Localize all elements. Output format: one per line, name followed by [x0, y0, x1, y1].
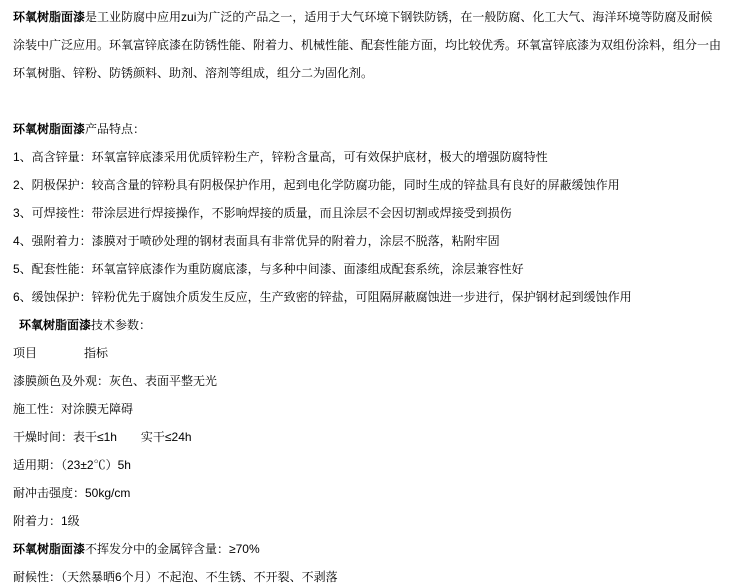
specs-header-value-column: 指标 — [84, 346, 108, 360]
spec-row-impact-strength: 耐冲击强度：50kg/cm — [13, 479, 722, 507]
spec-row-adhesion: 附着力：1级 — [13, 507, 722, 535]
product-name-bold: 环氧树脂面漆 — [13, 10, 85, 24]
zinc-content-text: 不挥发分中的金属锌含量：≥70% — [85, 542, 260, 556]
spacer-line — [13, 87, 722, 115]
spec-row-pot-life: 适用期：（23±2℃）5h — [13, 451, 722, 479]
feature-item-4: 4、强附着力：漆膜对于喷砂处理的钢材表面具有非常优异的附着力，涂层不脱落，粘附牢… — [13, 227, 722, 255]
product-name-bold: 环氧树脂面漆 — [13, 122, 85, 136]
intro-line-2: 涂装中广泛应用。环氧富锌底漆在防锈性能、附着力、机械性能、配套性能方面，均比较优… — [13, 31, 722, 59]
spec-row-color-appearance: 漆膜颜色及外观：灰色、表面平整无光 — [13, 367, 722, 395]
intro-line-1-text: 是工业防腐中应用zui为广泛的产品之一，适用于大气环境下钢铁防锈，在一般防腐、化… — [85, 10, 712, 24]
intro-line-3: 环氧树脂、锌粉、防锈颜料、助剂、溶剂等组成，组分二为固化剂。 — [13, 59, 722, 87]
spec-row-workability: 施工性：对涂膜无障碍 — [13, 395, 722, 423]
product-description-document: 环氧树脂面漆是工业防腐中应用zui为广泛的产品之一，适用于大气环境下钢铁防锈，在… — [0, 0, 735, 586]
feature-item-6: 6、缓蚀保护：锌粉优先于腐蚀介质发生反应，生产致密的锌盐，可阻隔屏蔽腐蚀进一步进… — [13, 283, 722, 311]
feature-item-3: 3、可焊接性：带涂层进行焊接操作，不影响焊接的质量，而且涂层不会因切割或焊接受到… — [13, 199, 722, 227]
product-name-bold: 环氧树脂面漆 — [13, 542, 85, 556]
feature-item-5: 5、配套性能：环氧富锌底漆作为重防腐底漆，与多种中间漆、面漆组成配套系统，涂层兼… — [13, 255, 722, 283]
specs-heading-text: 技术参数： — [91, 318, 151, 332]
spec-row-drying-time: 干燥时间：表干≤1h 实干≤24h — [13, 423, 722, 451]
features-heading: 环氧树脂面漆产品特点： — [13, 115, 722, 143]
feature-item-2: 2、阴极保护：较高含量的锌粉具有阴极保护作用，起到电化学防腐功能，同时生成的锌盐… — [13, 171, 722, 199]
intro-line-1: 环氧树脂面漆是工业防腐中应用zui为广泛的产品之一，适用于大气环境下钢铁防锈，在… — [13, 3, 722, 31]
specs-heading: 环氧树脂面漆技术参数： — [13, 311, 722, 339]
product-name-bold: 环氧树脂面漆 — [19, 318, 91, 332]
specs-header-item-column: 项目 — [13, 339, 84, 367]
specs-table-header: 项目指标 — [13, 339, 722, 367]
feature-item-1: 1、高含锌量：环氧富锌底漆采用优质锌粉生产，锌粉含量高，可有效保护底材，极大的增… — [13, 143, 722, 171]
weather-resistance-line: 耐候性：（天然暴晒6个月）不起泡、不生锈、不开裂、不剥落 — [13, 563, 722, 586]
features-heading-text: 产品特点： — [85, 122, 145, 136]
zinc-content-line: 环氧树脂面漆不挥发分中的金属锌含量：≥70% — [13, 535, 722, 563]
